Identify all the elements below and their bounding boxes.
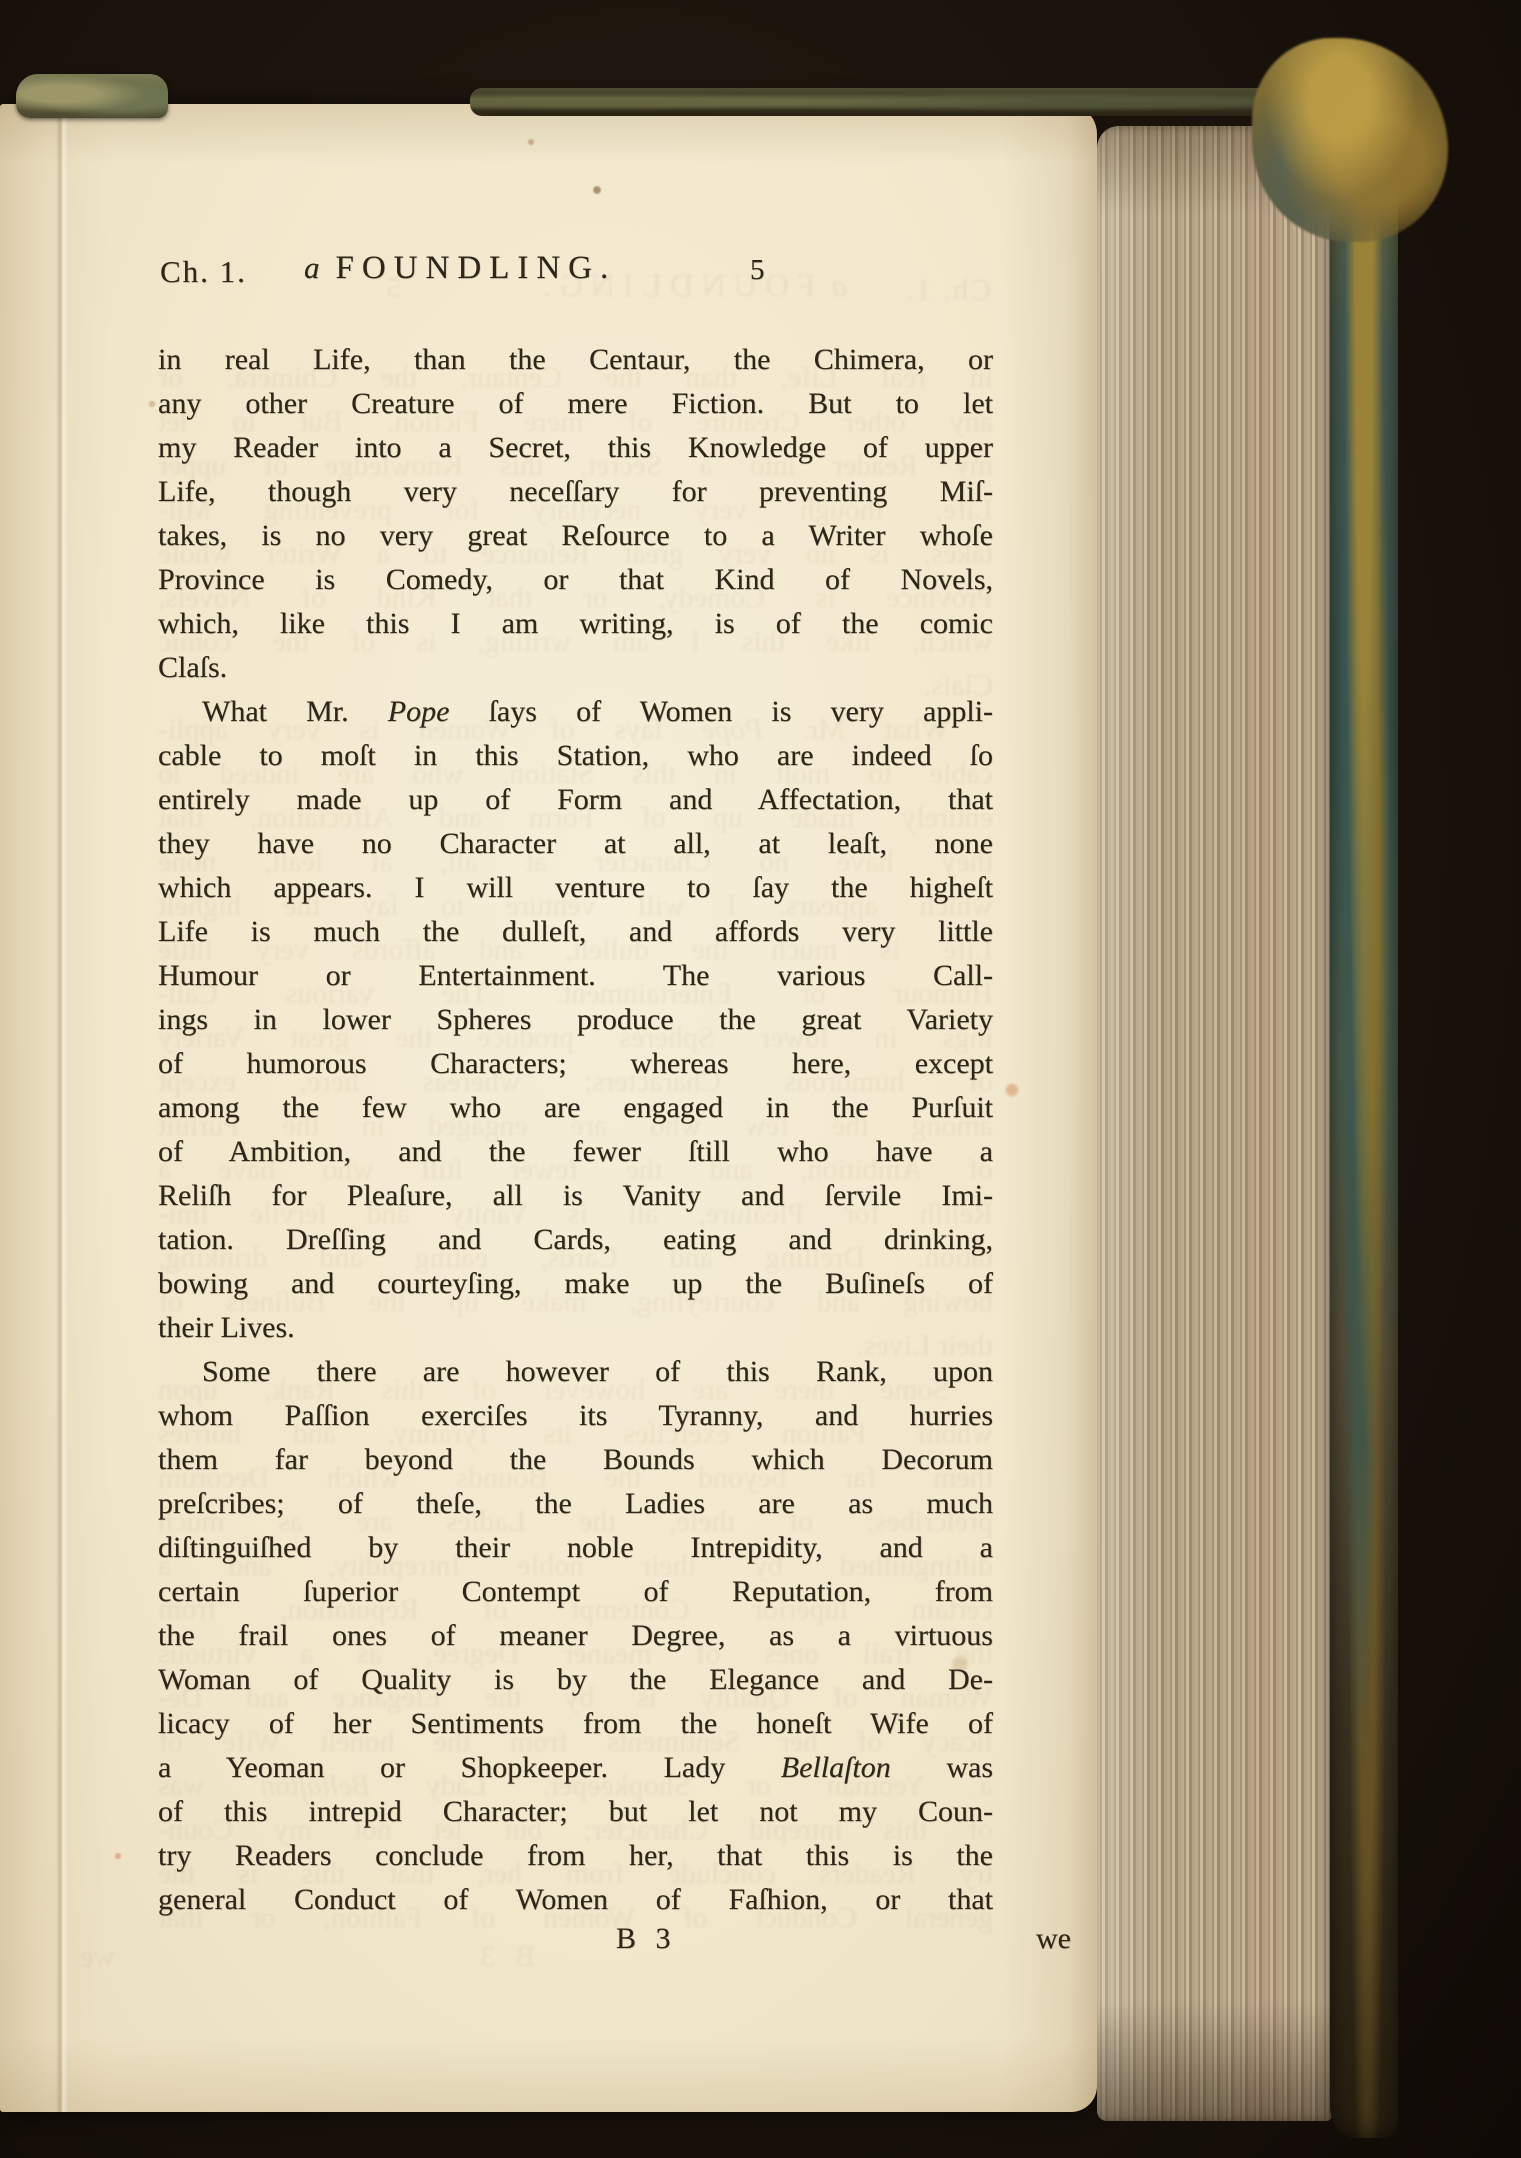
top-binding-edge xyxy=(470,88,1340,116)
text-segment: general Conduct of Women of Faſhion, or … xyxy=(158,1883,993,1916)
text-line: which, like this I am writing, is of the… xyxy=(158,602,993,646)
text-segment: which appears. I will venture to ſay the… xyxy=(158,871,993,904)
text-line: in real Life, than the Centaur, the Chim… xyxy=(158,338,993,382)
text-line: among the few who are engaged in the Pur… xyxy=(158,1086,993,1130)
text-segment: ings in lower Spheres produce the great … xyxy=(158,1003,993,1036)
italic-text: Bellaſton xyxy=(781,1751,891,1784)
worn-cover-edge xyxy=(1330,62,1398,2138)
text-segment: entirely made up of Form and Affectation… xyxy=(158,783,993,816)
text-line: takes, is no very great Reſource to a Wr… xyxy=(158,514,993,558)
text-segment: preſcribes; of theſe, the Ladies are as … xyxy=(158,1487,993,1520)
text-line: bowing and courteyſing, make up the Buſi… xyxy=(158,1262,993,1306)
text-segment: takes, is no very great Reſource to a Wr… xyxy=(158,519,993,552)
text-segment: try Readers conclude from her, that this… xyxy=(158,1839,993,1872)
text-line: them far beyond the Bounds which Decorum xyxy=(158,1438,993,1482)
text-line: the frail ones of meaner Degree, as a vi… xyxy=(158,1614,993,1658)
gathering-signature: B 3 xyxy=(616,1922,677,1956)
text-line: licacy of her Sentiments from the honeſt… xyxy=(158,1702,993,1746)
running-title-article: a xyxy=(304,250,320,285)
text-segment: whom Paſſion exerciſes its Tyranny, and … xyxy=(158,1399,993,1432)
italic-text: Pope xyxy=(388,695,450,728)
text-segment: in real Life, than the Centaur, the Chim… xyxy=(158,343,993,376)
running-header: Ch. 1. aFOUNDLING. 5 xyxy=(158,250,993,300)
text-segment: certain ſuperior Contempt of Reputation,… xyxy=(158,1575,993,1608)
text-line: Some there are however of this Rank, upo… xyxy=(158,1350,993,1394)
text-segment: Life is much the dulleſt, and affords ve… xyxy=(158,915,993,948)
text-line: of Ambition, and the fewer ſtill who hav… xyxy=(158,1130,993,1174)
text-line: a Yeoman or Shopkeeper. Lady Bellaſton w… xyxy=(158,1746,993,1790)
text-line: Humour or Entertainment. The various Cal… xyxy=(158,954,993,998)
text-line: tation. Dreſſing and Cards, eating and d… xyxy=(158,1218,993,1262)
text-segment: Reliſh for Pleaſure, all is Vanity and ſ… xyxy=(158,1179,993,1212)
text-segment: diſtinguiſhed by their noble Intrepidity… xyxy=(158,1531,993,1564)
page-number: 5 xyxy=(750,254,765,287)
text-line: Woman of Quality is by the Elegance and … xyxy=(158,1658,993,1702)
text-line: Reliſh for Pleaſure, all is Vanity and ſ… xyxy=(158,1174,993,1218)
body-text: in real Life, than the Centaur, the Chim… xyxy=(158,338,993,1922)
text-line: What Mr. Pope ſays of Women is very appl… xyxy=(158,690,993,734)
text-segment: a Yeoman or Shopkeeper. Lady xyxy=(158,1751,781,1784)
running-title: aFOUNDLING. xyxy=(304,250,616,287)
text-segment: Humour or Entertainment. The various Cal… xyxy=(158,959,993,992)
text-segment: they have no Character at all, at leaſt,… xyxy=(158,827,993,860)
text-segment: Life, though very neceſſary for preventi… xyxy=(158,475,993,508)
text-segment: Some there are however of this Rank, upo… xyxy=(202,1355,993,1388)
text-line: whom Paſſion exerciſes its Tyranny, and … xyxy=(158,1394,993,1438)
text-segment: was xyxy=(891,1751,993,1784)
paragraph-2: What Mr. Pope ſays of Women is very appl… xyxy=(158,690,993,1350)
text-line: try Readers conclude from her, that this… xyxy=(158,1834,993,1878)
text-line: cable to moſt in this Station, who are i… xyxy=(158,734,993,778)
text-segment: Claſs. xyxy=(158,651,227,684)
text-line: their Lives. xyxy=(158,1306,993,1350)
catchword: we xyxy=(1036,1922,1071,1956)
text-segment: cable to moſt in this Station, who are i… xyxy=(158,739,993,772)
endband-left-fragment xyxy=(16,74,168,118)
text-segment: of Ambition, and the fewer ſtill who hav… xyxy=(158,1135,993,1168)
text-line: general Conduct of Women of Faſhion, or … xyxy=(158,1878,993,1922)
page-gutter-crease xyxy=(56,104,68,2112)
text-segment: which, like this I am writing, is of the… xyxy=(158,607,993,640)
text-segment: Province is Comedy, or that Kind of Nove… xyxy=(158,563,993,596)
text-segment: What Mr. xyxy=(202,695,388,728)
chapter-label: Ch. 1. xyxy=(160,254,247,290)
text-segment: any other Creature of mere Fiction. But … xyxy=(158,387,993,420)
text-line: preſcribes; of theſe, the Ladies are as … xyxy=(158,1482,993,1526)
text-segment: my Reader into a Secret, this Knowledge … xyxy=(158,431,993,464)
paragraph-3: Some there are however of this Rank, upo… xyxy=(158,1350,993,1922)
text-line: certain ſuperior Contempt of Reputation,… xyxy=(158,1570,993,1614)
text-line: which appears. I will venture to ſay the… xyxy=(158,866,993,910)
text-segment: bowing and courteyſing, make up the Buſi… xyxy=(158,1267,993,1300)
text-line: any other Creature of mere Fiction. But … xyxy=(158,382,993,426)
text-segment: them far beyond the Bounds which Decorum xyxy=(158,1443,993,1476)
text-segment: the frail ones of meaner Degree, as a vi… xyxy=(158,1619,993,1652)
text-line: ings in lower Spheres produce the great … xyxy=(158,998,993,1042)
text-segment: of this intrepid Character; but let not … xyxy=(158,1795,993,1828)
text-line: Life, though very neceſſary for preventi… xyxy=(158,470,993,514)
page-footer: B 3 we xyxy=(158,1922,993,1966)
fore-edge-page-stack xyxy=(1097,126,1332,2121)
text-segment: licacy of her Sentiments from the honeſt… xyxy=(158,1707,993,1740)
text-segment: ſays of Women is very appli- xyxy=(449,695,993,728)
text-segment: of humorous Characters; whereas here, ex… xyxy=(158,1047,993,1080)
text-line: entirely made up of Form and Affectation… xyxy=(158,778,993,822)
running-title-caps: FOUNDLING. xyxy=(336,250,617,286)
paragraph-1: in real Life, than the Centaur, the Chim… xyxy=(158,338,993,690)
text-line: diſtinguiſhed by their noble Intrepidity… xyxy=(158,1526,993,1570)
text-line: of humorous Characters; whereas here, ex… xyxy=(158,1042,993,1086)
text-segment: tation. Dreſſing and Cards, eating and d… xyxy=(158,1223,993,1256)
text-line: Life is much the dulleſt, and affords ve… xyxy=(158,910,993,954)
text-line: Claſs. xyxy=(158,646,993,690)
text-line: my Reader into a Secret, this Knowledge … xyxy=(158,426,993,470)
text-line: they have no Character at all, at leaſt,… xyxy=(158,822,993,866)
text-segment: their Lives. xyxy=(158,1311,295,1344)
text-segment: among the few who are engaged in the Pur… xyxy=(158,1091,993,1124)
text-line: Province is Comedy, or that Kind of Nove… xyxy=(158,558,993,602)
printed-text-block: Ch. 1. aFOUNDLING. 5 in real Life, than … xyxy=(158,250,993,1966)
text-line: of this intrepid Character; but let not … xyxy=(158,1790,993,1834)
text-segment: Woman of Quality is by the Elegance and … xyxy=(158,1663,993,1696)
